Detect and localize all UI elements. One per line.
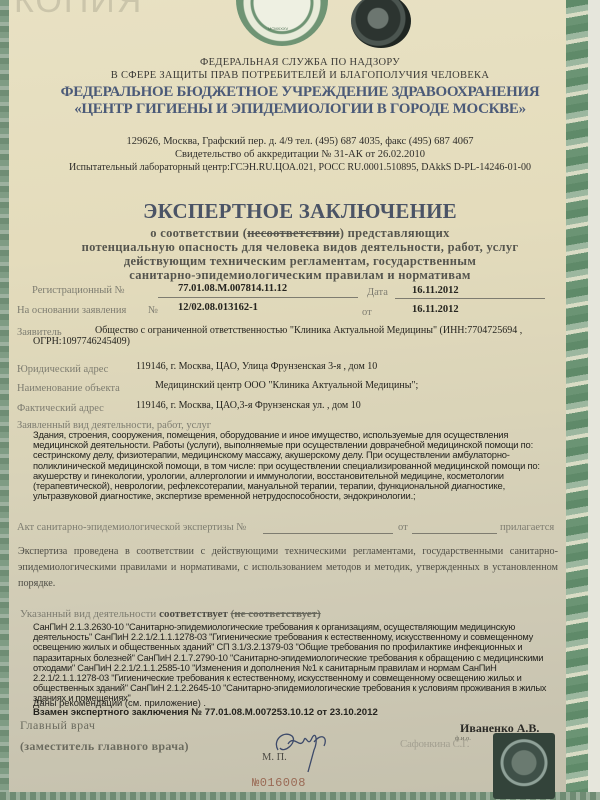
- subtitle-suffix: ) представляющих: [340, 226, 450, 240]
- subtitle-line-1: о соответствии (несоответствии) представ…: [40, 226, 560, 241]
- object-name-value: Медицинский центр ООО "Клиника Актуально…: [155, 380, 418, 391]
- basis-label: На основании заявления: [17, 305, 126, 316]
- reg-number-value: 77.01.08.М.007814.11.12: [178, 283, 287, 294]
- lab-center-info: Испытательный лабораторный центр:ГСЭН.RU…: [40, 162, 560, 173]
- act-label: Акт санитарно-эпидемиологической эксперт…: [17, 522, 246, 533]
- replaces-conclusion: Взамен экспертного заключения № 77.01.08…: [33, 707, 378, 718]
- conclusion-line: Указанный вид деятельности соответствует…: [20, 608, 321, 620]
- sanpin-references: СанПиН 2.1.3.2630-10 "Санитарно-эпидемио…: [33, 622, 553, 704]
- subtitle-struck: несоответствии: [247, 226, 340, 240]
- conclusion-prefix: Указанный вид деятельности: [20, 608, 159, 620]
- legal-address-label: Юридический адрес: [17, 364, 108, 375]
- conclusion-struck: (не соответствует): [231, 608, 321, 620]
- applicant-ogrn: ОГРН:1097746245409): [33, 336, 130, 347]
- legal-address-value: 119146, г. Москва, ЦАО, Улица Фрунзенска…: [136, 361, 377, 372]
- faded-name-stamp: Сафонкина С.Г.: [400, 738, 469, 750]
- expertise-statement: Экспертиза проведена в соответствии с де…: [18, 544, 558, 592]
- reg-number-label: Регистрационный №: [32, 285, 125, 296]
- act-from-label: от: [398, 522, 408, 533]
- act-number-underline: [263, 533, 393, 534]
- institution-name-2: «ЦЕНТР ГИГИЕНЫ И ЭПИДЕМИОЛОГИИ В ГОРОДЕ …: [0, 101, 600, 118]
- signature-icon: [270, 722, 340, 777]
- subtitle-line-3: действующим техническим регламентам, гос…: [40, 254, 560, 269]
- institution-name-1: ФЕДЕРАЛЬНОЕ БЮДЖЕТНОЕ УЧРЕЖДЕНИЕ ЗДРАВОО…: [0, 84, 600, 101]
- form-serial-number: №016008: [252, 776, 306, 790]
- copy-stamp: КОПИЯ: [14, 0, 143, 21]
- chief-doctor-label: Главный врач: [20, 718, 95, 733]
- basis-from-label: от: [362, 307, 372, 318]
- act-attached-label: прилагается: [500, 522, 554, 533]
- accreditation-certificate: Свидетельство об аккредитации № 31-АК от…: [40, 149, 560, 160]
- basis-date-value: 16.11.2012: [412, 304, 459, 315]
- act-date-underline: [412, 533, 497, 534]
- basis-number-sign: №: [148, 305, 158, 316]
- institution-address: 129626, Москва, Графский пер. д. 4/9 тел…: [40, 136, 560, 147]
- actual-address-value: 119146, г. Москва, ЦАО,3-я Фрунзенская у…: [136, 400, 361, 411]
- hologram-sticker-icon: [493, 733, 555, 799]
- emblem-seal-text: MCMXXXV: [268, 26, 288, 31]
- subtitle-prefix: о соответствии (: [150, 226, 247, 240]
- applicant-value: Общество с ограниченной ответственностью…: [95, 325, 522, 336]
- page-edge: [588, 0, 600, 800]
- basis-number-value: 12/02.08.013162-1: [178, 302, 258, 313]
- activity-description: Здания, строения, сооружения, помещения,…: [33, 430, 553, 501]
- guilloche-border-left: [0, 0, 9, 800]
- agency-line-1: ФЕДЕРАЛЬНАЯ СЛУЖБА ПО НАДЗОРУ: [0, 57, 600, 68]
- date-value: 16.11.2012: [412, 285, 459, 296]
- object-name-label: Наименование объекта: [17, 383, 120, 394]
- reg-number-underline: [158, 297, 358, 298]
- document-title: ЭКСПЕРТНОЕ ЗАКЛЮЧЕНИЕ: [0, 199, 600, 224]
- agency-line-2: В СФЕРЕ ЗАЩИТЫ ПРАВ ПОТРЕБИТЕЛЕЙ И БЛАГО…: [0, 70, 600, 81]
- conclusion-verdict: соответствует: [159, 608, 228, 620]
- date-underline: [395, 298, 545, 299]
- deputy-chief-label: (заместитель главного врача): [20, 739, 189, 754]
- guilloche-border-right: [566, 0, 588, 800]
- actual-address-label: Фактический адрес: [17, 403, 104, 414]
- date-label: Дата: [367, 287, 388, 298]
- subtitle-line-2: потенциальную опасность для человека вид…: [40, 240, 560, 255]
- subtitle-line-4: санитарно-эпидемиологическим правилам и …: [40, 268, 560, 283]
- seal-place-label: М. П.: [262, 752, 287, 763]
